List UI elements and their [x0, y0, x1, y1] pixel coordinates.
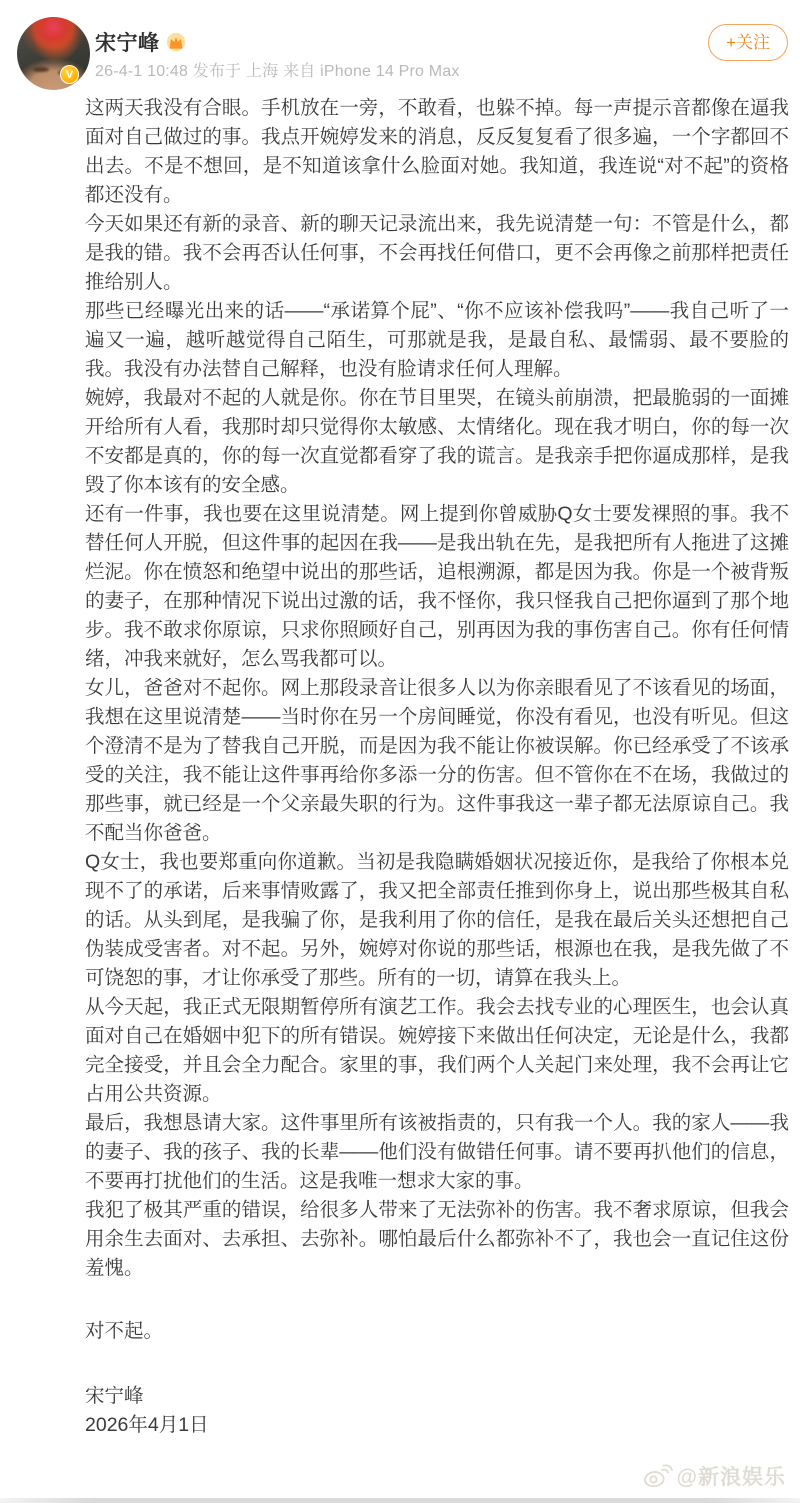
post-paragraph: 那些已经曝光出来的话——“承诺算个屁”、“你不应该补偿我吗”——我自己听了一遍又…	[85, 297, 789, 384]
post-closing: 对不起。	[85, 1317, 789, 1346]
username[interactable]: 宋宁峰	[95, 27, 160, 57]
post-date: 2026年4月1日	[85, 1411, 789, 1440]
avatar[interactable]	[17, 17, 90, 90]
post-paragraph: 最后，我想恳请大家。这件事里所有该被指责的，只有我一个人。我的家人——我的妻子、…	[85, 1109, 789, 1196]
post-paragraph: 今天如果还有新的录音、新的聊天记录流出来，我先说清楚一句：不管是什么，都是我的错…	[85, 210, 789, 297]
watermark-label: @新浪娱乐	[677, 1461, 786, 1491]
post-timestamp: 26-4-1 10:48 发布于 上海 来自 iPhone 14 Pro Max	[95, 58, 460, 81]
bottom-divider	[0, 1498, 800, 1503]
post-paragraph: 我犯了极其严重的错误，给很多人带来了无法弥补的伤害。我不奢求原谅，但我会用余生去…	[85, 1196, 789, 1283]
post-paragraph: 女儿，爸爸对不起你。网上那段录音让很多人以为你亲眼看见了不该看见的场面，我想在这…	[85, 674, 789, 848]
follow-button[interactable]: +关注	[708, 24, 788, 61]
post-paragraph: 从今天起，我正式无限期暂停所有演艺工作。我会去找专业的心理医生，也会认真面对自己…	[85, 993, 789, 1109]
post-paragraph: 这两天我没有合眼。手机放在一旁，不敢看，也躲不掉。每一声提示音都像在逼我面对自己…	[85, 94, 789, 210]
verified-v-icon: V	[60, 65, 79, 84]
post-paragraph: 婉婷，我最对不起的人就是你。你在节目里哭，在镜头前崩溃，把最脆弱的一面摊开给所有…	[85, 384, 789, 500]
weibo-logo-icon	[643, 1463, 673, 1489]
post-signature: 宋宁峰	[85, 1382, 789, 1411]
watermark: @新浪娱乐	[643, 1461, 786, 1491]
post-paragraph: 还有一件事，我也要在这里说清楚。网上提到你曾威胁Q女士要发裸照的事。我不替任何人…	[85, 500, 789, 674]
post-paragraph: Q女士，我也要郑重向你道歉。当初是我隐瞒婚姻状况接近你，是我给了你根本兑现不了的…	[85, 848, 789, 993]
user-name-row: 宋宁峰	[95, 27, 186, 57]
post-body: 这两天我没有合眼。手机放在一旁，不敢看，也躲不掉。每一声提示音都像在逼我面对自己…	[85, 94, 789, 1440]
vip-crown-icon	[166, 32, 186, 52]
